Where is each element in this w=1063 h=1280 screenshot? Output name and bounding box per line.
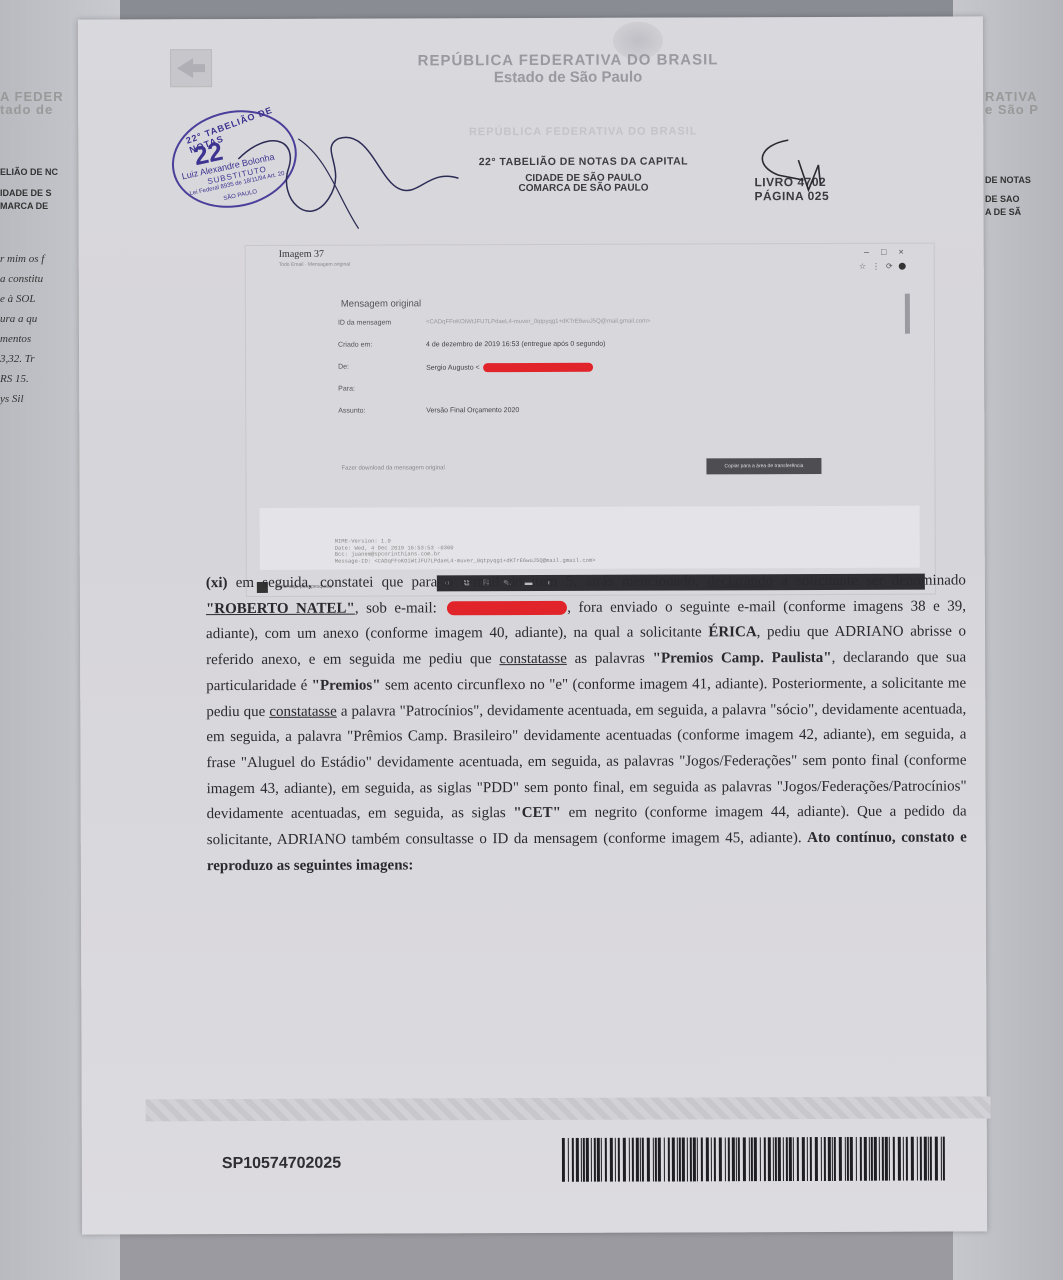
left-doc-line: e à SOL xyxy=(0,289,80,309)
document-code: SP10574702025 xyxy=(222,1155,341,1173)
profile-avatar xyxy=(899,263,906,270)
scrollbar-thumb xyxy=(905,294,910,334)
left-doc-line: a constitu xyxy=(0,269,80,289)
browser-tabs: Todo Email · Mensagem original xyxy=(279,262,350,268)
left-doc-line: ys Sil xyxy=(0,389,80,409)
notarial-document-page: REPÚBLICA FEDERATIVA DO BRASIL Estado de… xyxy=(78,16,987,1234)
close-icon: × xyxy=(898,247,915,257)
maximize-icon: □ xyxy=(881,247,898,257)
text-segment: "Premios" xyxy=(312,677,381,693)
signature-livro-icon xyxy=(748,135,838,195)
republic-title: REPÚBLICA FEDERATIVA DO BRASIL xyxy=(368,51,768,69)
left-doc-city: IDADE DE S xyxy=(0,187,80,200)
header-field-value: Sergio Augusto < xyxy=(426,363,593,373)
header-field-label: ID da mensagem xyxy=(338,319,423,326)
header-field-value: 4 de dezembro de 2019 16:53 (entregue ap… xyxy=(426,341,605,349)
header-field-value: Versão Final Orçamento 2020 xyxy=(426,407,519,414)
text-segment: "Premios Camp. Paulista" xyxy=(653,650,832,667)
security-pattern-band xyxy=(146,1096,991,1121)
redaction-mark xyxy=(447,601,567,615)
sync-icon: ⟳ xyxy=(886,262,899,271)
left-doc-notary: ELIÃO DE NC xyxy=(0,166,80,179)
left-background-document-text: A FEDER tado de ELIÃO DE NC IDADE DE S M… xyxy=(0,90,80,409)
minimize-icon: – xyxy=(864,247,881,257)
raw-header-line: Message-ID: <CADqFFoKOiWtJFU7LPdaeL4-muv… xyxy=(335,557,596,564)
download-original-link: Fazer download da mensagem original xyxy=(341,465,444,471)
body-paragraph: (xi) em seguida, constatei que para o e-… xyxy=(206,568,967,879)
redaction-mark xyxy=(483,363,593,372)
text-segment: declarando xyxy=(707,573,773,589)
text-segment: "ROBERTO NATEL" xyxy=(206,600,355,617)
left-doc-line: RS 15. xyxy=(0,369,80,389)
header-field-value: <CADqFFoKOiWtJFU7LPdaeL4-muver_0qtpyqg1+… xyxy=(426,319,650,326)
left-doc-line: ura a qu xyxy=(0,309,80,329)
right-doc-city: DE SAO xyxy=(985,193,1063,206)
state-subtitle: Estado de São Paulo xyxy=(368,68,768,86)
image-caption: Imagem 37 xyxy=(279,249,324,260)
email-screenshot-image: Imagem 37 –□× Todo Email · Mensagem orig… xyxy=(245,243,936,597)
right-doc-subheader: e São P xyxy=(985,103,1063,116)
document-header: REPÚBLICA FEDERATIVA DO BRASIL Estado de… xyxy=(368,51,768,86)
window-controls: –□× xyxy=(864,247,916,257)
extension-icon: ⋮ xyxy=(872,262,886,271)
left-doc-line: r mim os f xyxy=(0,249,80,269)
browser-toolbar: ☆⋮⟳ xyxy=(859,262,906,271)
left-doc-comarca: MARCA DE xyxy=(0,200,80,213)
text-segment: a solicitante ser denominado xyxy=(773,572,966,589)
text-segment: constatasse xyxy=(499,651,567,667)
copy-to-clipboard-button: Copiar para a área de transferência xyxy=(706,458,821,474)
right-doc-notary: DE NOTAS xyxy=(985,174,1063,187)
star-icon: ☆ xyxy=(859,262,872,271)
left-doc-line: mentos xyxy=(0,329,80,349)
text-segment: as palavras xyxy=(567,651,653,667)
right-doc-comarca: A DE SÃ xyxy=(985,206,1063,219)
text-segment: , sob e-mail: xyxy=(355,600,445,616)
handwritten-signature-icon xyxy=(228,118,488,239)
left-doc-subheader: tado de xyxy=(0,103,80,116)
raw-message-headers: MIME-Version: 1.0Date: Wed, 4 Dec 2019 1… xyxy=(335,538,596,565)
text-segment: ÉRICA xyxy=(708,625,756,641)
original-message-title: Mensagem original xyxy=(341,298,421,309)
left-doc-lines: r mim os fa constitue à SOLura a qumento… xyxy=(0,249,80,409)
text-segment: constatasse xyxy=(269,703,337,719)
arrow-watermark-icon xyxy=(170,49,212,87)
header-field-label: Assunto: xyxy=(338,407,423,414)
text-segment: em seguida, constatei que para o e-mail … xyxy=(227,573,707,591)
left-doc-line: 3,32. Tr xyxy=(0,349,80,369)
deed-body-text: (xi) em seguida, constatei que para o e-… xyxy=(206,568,967,879)
header-field-label: Para: xyxy=(338,385,423,392)
header-field-label: De: xyxy=(338,363,423,370)
header-field-label: Criado em: xyxy=(338,341,423,348)
right-background-document-text: RATIVA e São P DE NOTAS DE SAO A DE SÃ 2… xyxy=(985,90,1063,219)
text-segment: (xi) xyxy=(206,575,228,591)
text-segment: "CET" xyxy=(513,805,561,821)
barcode-icon xyxy=(562,1137,947,1182)
